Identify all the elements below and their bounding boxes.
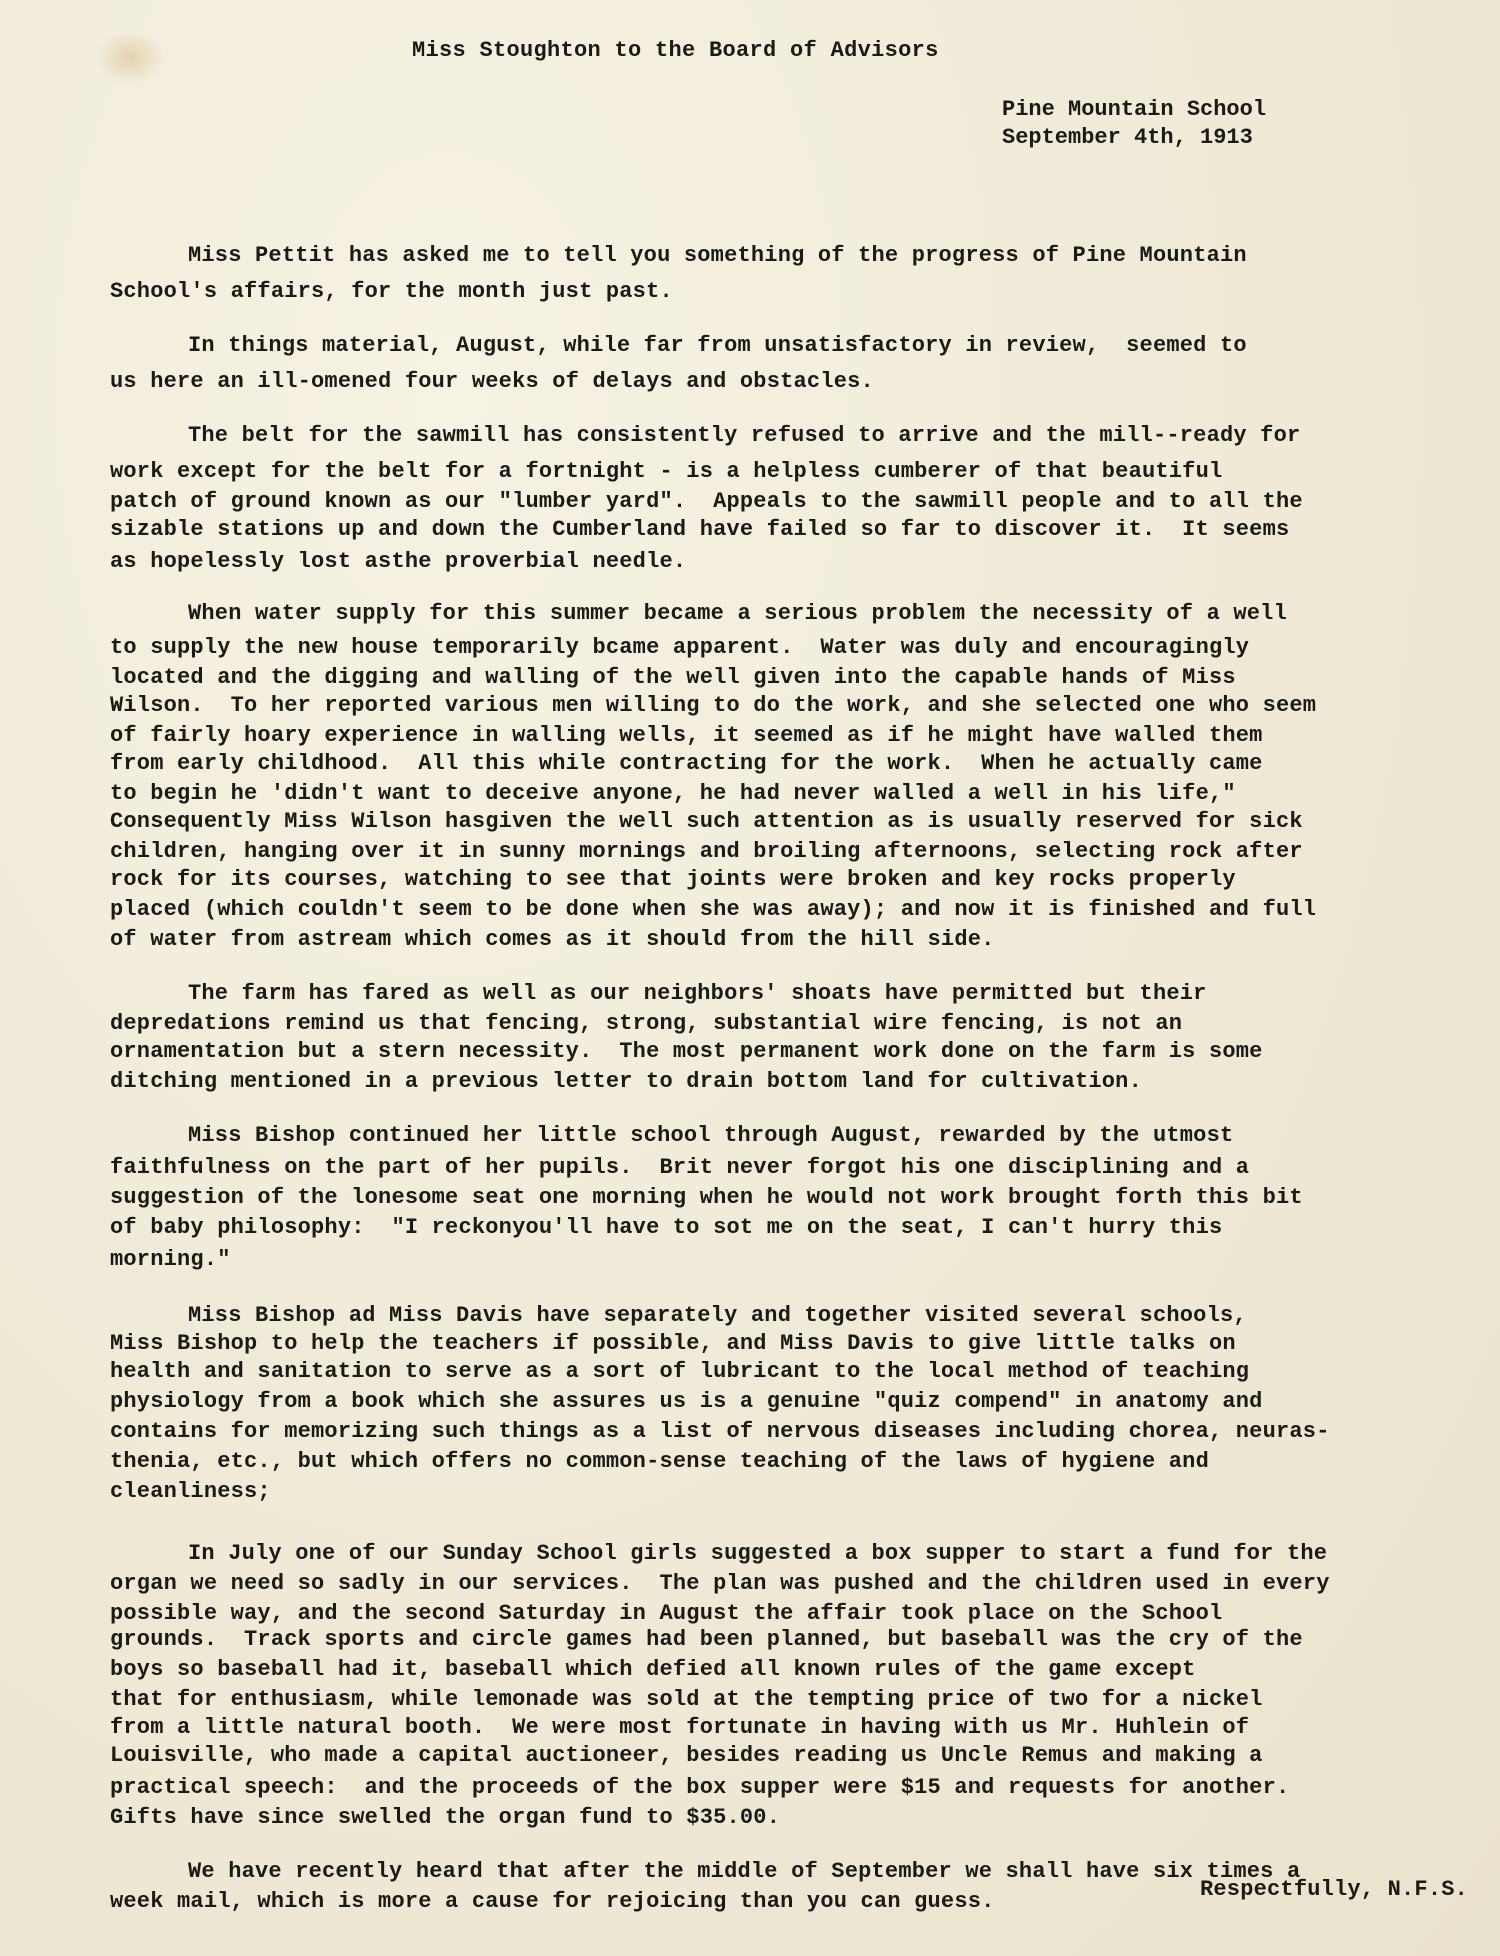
letter-line: as hopelessly lost asthe proverbial need… [110, 548, 686, 576]
letter-line: physiology from a book which she assures… [110, 1388, 1263, 1416]
letter-line: located and the digging and walling of t… [110, 664, 1236, 692]
letter-line: work except for the belt for a fortnight… [110, 458, 1222, 486]
letter-line: boys so baseball had it, baseball which … [110, 1656, 1196, 1684]
letter-line: rock for its courses, watching to see th… [110, 866, 1236, 894]
letter-line: of baby philosophy: "I reckonyou'll have… [110, 1214, 1222, 1242]
paper-stain [95, 30, 165, 85]
letter-line: sizable stations up and down the Cumberl… [110, 516, 1289, 544]
letter-line: In July one of our Sunday School girls s… [188, 1540, 1327, 1568]
letter-line: In things material, August, while far fr… [188, 332, 1247, 360]
letter-line: possible way, and the second Saturday in… [110, 1600, 1222, 1628]
letter-line: cleanliness; [110, 1478, 271, 1506]
letter-line: grounds. Track sports and circle games h… [110, 1626, 1303, 1654]
letter-line: ornamentation but a stern necessity. The… [110, 1038, 1263, 1066]
letter-line: to begin he 'didn't want to deceive anyo… [110, 780, 1236, 808]
letter-line: morning." [110, 1246, 231, 1274]
letter-line: contains for memorizing such things as a… [110, 1418, 1330, 1446]
letter-line: thenia, etc., but which offers no common… [110, 1448, 1209, 1476]
letter-line: Wilson. To her reported various men will… [110, 692, 1316, 720]
letter-title: Miss Stoughton to the Board of Advisors [412, 38, 939, 63]
letter-line: organ we need so sadly in our services. … [110, 1570, 1330, 1598]
letter-line: us here an ill-omened four weeks of dela… [110, 368, 874, 396]
letter-line: Miss Bishop continued her little school … [188, 1122, 1233, 1150]
letter-line: School's affairs, for the month just pas… [110, 278, 673, 306]
letter-line: Louisville, who made a capital auctionee… [110, 1742, 1263, 1770]
letter-line: children, hanging over it in sunny morni… [110, 838, 1303, 866]
letter-line: from a little natural booth. We were mos… [110, 1714, 1249, 1742]
letter-line: patch of ground known as our "lumber yar… [110, 488, 1303, 516]
letter-line: practical speech: and the proceeds of th… [110, 1774, 1289, 1802]
letter-line: Miss Pettit has asked me to tell you som… [188, 242, 1247, 270]
letter-line: We have recently heard that after the mi… [188, 1858, 1300, 1886]
letter-line: ditching mentioned in a previous letter … [110, 1068, 1142, 1096]
letter-line: When water supply for this summer became… [188, 600, 1287, 628]
letter-line: Miss Bishop ad Miss Davis have separatel… [188, 1302, 1247, 1330]
letter-line: Miss Bishop to help the teachers if poss… [110, 1330, 1236, 1358]
letter-line: of water from astream which comes as it … [110, 926, 995, 954]
letter-closing: Respectfully, N.F.S. [1200, 1876, 1468, 1904]
letter-line: health and sanitation to serve as a sort… [110, 1358, 1249, 1386]
letter-line: week mail, which is more a cause for rej… [110, 1888, 995, 1916]
letter-line: The belt for the sawmill has consistentl… [188, 422, 1300, 450]
typed-letter-page: Miss Stoughton to the Board of Advisors … [0, 0, 1500, 1956]
letter-line: to supply the new house temporarily bcam… [110, 634, 1249, 662]
letter-line: The farm has fared as well as our neighb… [188, 980, 1207, 1008]
letter-address-block: Pine Mountain School September 4th, 1913 [1002, 96, 1266, 152]
letter-line: Gifts have since swelled the organ fund … [110, 1804, 780, 1832]
letter-date: September 4th, 1913 [1002, 124, 1266, 152]
letter-line: of fairly hoary experience in walling we… [110, 722, 1263, 750]
letter-line: Consequently Miss Wilson hasgiven the we… [110, 808, 1303, 836]
letter-line: suggestion of the lonesome seat one morn… [110, 1184, 1303, 1212]
letter-line: depredations remind us that fencing, str… [110, 1010, 1182, 1038]
letter-place: Pine Mountain School [1002, 96, 1266, 124]
letter-line: faithfulness on the part of her pupils. … [110, 1154, 1249, 1182]
letter-line: placed (which couldn't seem to be done w… [110, 896, 1316, 924]
letter-line: that for enthusiasm, while lemonade was … [110, 1686, 1263, 1714]
letter-line: from early childhood. All this while con… [110, 750, 1263, 778]
